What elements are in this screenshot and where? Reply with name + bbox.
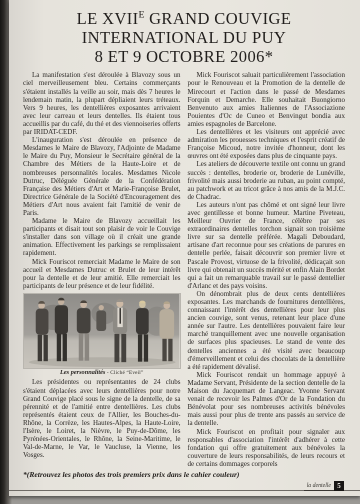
photo-caption-title: Les personnalités: [60, 369, 105, 376]
title-part2: GRAND COUVIGE: [145, 9, 292, 28]
group-photo-image: [23, 293, 181, 369]
paragraph: On dénombrait plus de deux cents dentell…: [188, 290, 346, 371]
page-number: 5: [334, 481, 344, 491]
paragraph: L'inauguration s'est déroulée en présenc…: [23, 136, 181, 217]
paragraph: Mick Fouriscot saluait particulièrement …: [188, 71, 346, 128]
left-column: La manifestation s'est déroulée à Blavoz…: [23, 71, 181, 468]
paragraph: Les dentellières et les visiteurs ont ap…: [188, 128, 346, 160]
title-line-3: 8 ET 9 OCTOBRE 2006*: [23, 47, 345, 66]
footnote: *(Retrouvez les photos des trois premier…: [23, 470, 270, 479]
footer-rule-left: [9, 489, 304, 491]
title-line-1: LE XVIIE GRAND COUVIGE: [23, 9, 345, 28]
page-footer: la dentelle 5: [9, 480, 360, 491]
paragraph: Mick Fouriscot rendait un hommage appuyé…: [188, 371, 346, 428]
paragraph: La manifestation s'est déroulée à Blavoz…: [23, 71, 181, 136]
paragraph: Les présidentes ou représentantes de 24 …: [23, 378, 181, 459]
magazine-name: la dentelle: [304, 483, 334, 491]
title-part1: LE XVII: [77, 9, 139, 28]
title-line-2: INTERNATIONAL DU PUY: [23, 28, 345, 47]
magazine-page: LE XVIIE GRAND COUVIGE INTERNATIONAL DU …: [9, 0, 360, 496]
paragraph: Mick Fouriscot en profitait pour signale…: [188, 428, 346, 468]
article-columns: La manifestation s'est déroulée à Blavoz…: [23, 71, 345, 468]
paragraph: Les ateliers de découverte textile ont c…: [188, 160, 346, 200]
footer-rule-right: [344, 489, 360, 491]
photo-caption-credit: - Cliché “Eveil”: [105, 370, 143, 376]
paragraph: Les auteurs n'ont pas chômé et ont signé…: [188, 201, 346, 290]
paragraph: Madame le Maire de Blavozy accueillait l…: [23, 217, 181, 257]
photo-caption: Les personnalités - Cliché “Eveil”: [23, 369, 181, 378]
page-title: LE XVIIE GRAND COUVIGE INTERNATIONAL DU …: [23, 9, 345, 66]
paragraph: Mick Fouriscot remerciait Madame le Mair…: [23, 258, 181, 290]
right-column: Mick Fouriscot saluait particulièrement …: [188, 71, 346, 468]
photo-figure: Les personnalités - Cliché “Eveil”: [23, 293, 181, 378]
page-content: LE XVIIE GRAND COUVIGE INTERNATIONAL DU …: [9, 0, 360, 496]
